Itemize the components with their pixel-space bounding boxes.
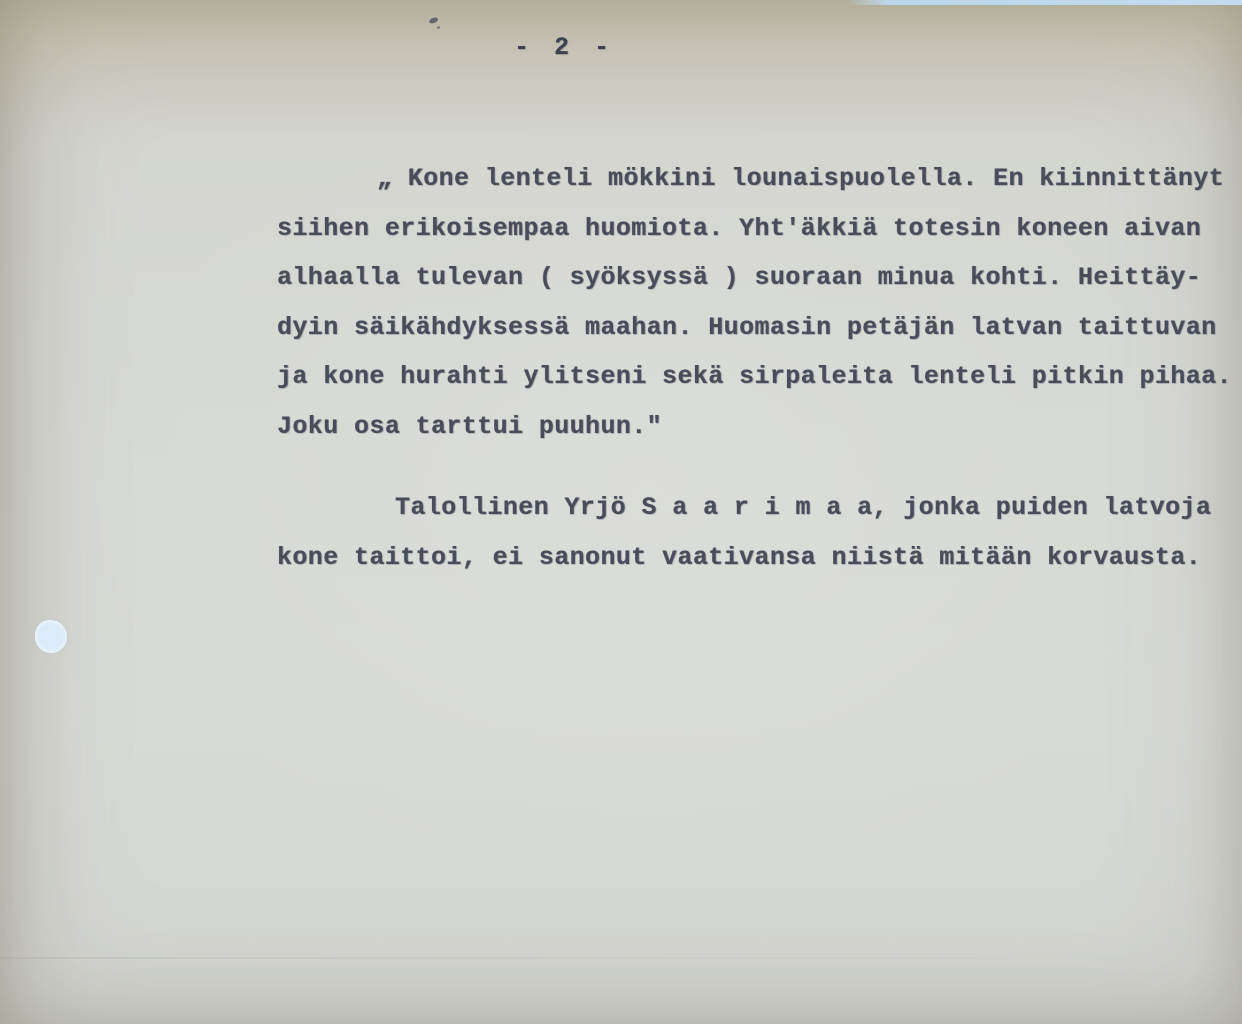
text-line: alhaalla tulevan ( syöksyssä ) suoraan m… <box>277 253 1242 303</box>
page-number: - 2 - <box>514 33 614 62</box>
text-line: ja kone hurahti ylitseni sekä sirpaleita… <box>277 352 1242 402</box>
punch-hole <box>35 620 67 653</box>
scan-edge-strip <box>848 0 1242 5</box>
paper-crease <box>0 957 1242 959</box>
paragraph-quote: „ Kone lenteli mökkini lounaispuolella. … <box>277 154 1242 451</box>
text-line: dyin säikähdyksessä maahan. Huomasin pet… <box>277 303 1242 353</box>
text-line: Joku osa tarttui puuhun." <box>277 402 1242 452</box>
text-line: siihen erikoisempaa huomiota. Yht'äkkiä … <box>277 204 1242 254</box>
paragraph-attribution: Talollinen Yrjö S a a r i m a a, jonka p… <box>277 483 1242 582</box>
scanned-typewritten-page: - 2 - „ Kone lenteli mökkini lounaispuol… <box>0 0 1242 1024</box>
text-line: „ Kone lenteli mökkini lounaispuolella. … <box>277 154 1242 204</box>
ink-speck <box>428 17 438 25</box>
text-line: Talollinen Yrjö S a a r i m a a, jonka p… <box>277 483 1242 533</box>
text-line: kone taittoi, ei sanonut vaativansa niis… <box>277 533 1242 583</box>
ink-speck-small <box>437 26 440 29</box>
